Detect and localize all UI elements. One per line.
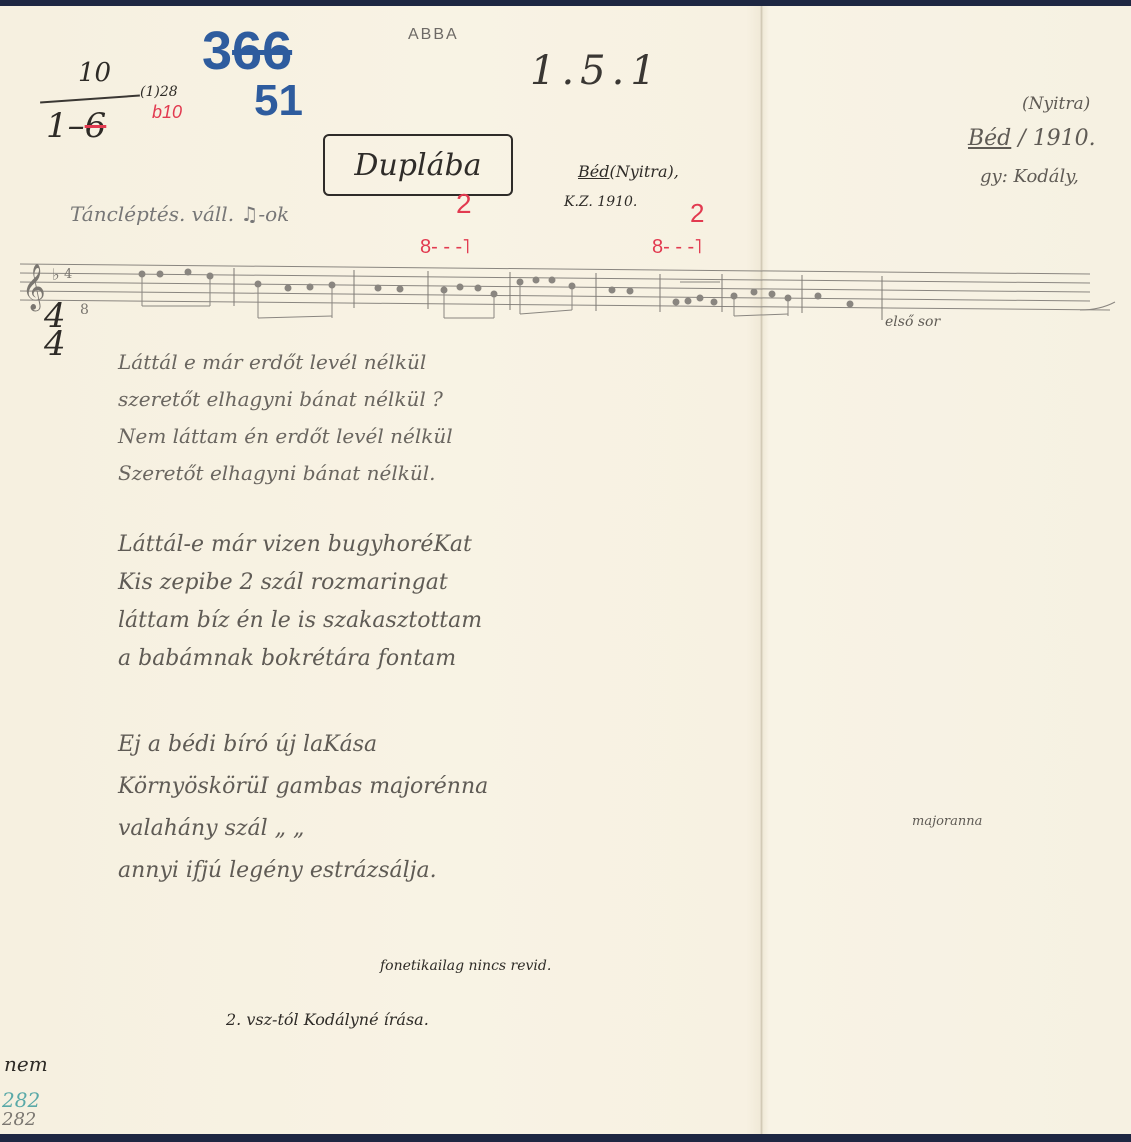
verse-line: Nem láttam én erdőt levél nélkül — [118, 418, 453, 455]
staff-caption: első sor — [885, 314, 940, 330]
archive-mark: ABBA — [408, 26, 459, 44]
blue-prefix: 3 — [202, 21, 232, 81]
flat-icon: ♭ — [52, 265, 60, 284]
red-mark-2: 2 — [690, 198, 704, 229]
verse-line: Láttál-e már vizen bugyhoréKat — [118, 526, 482, 564]
location-center: Béd(Nyitra), — [578, 162, 679, 181]
verse-line: a babámnak bokrétára fontam — [118, 640, 482, 678]
verse-line: Ej a bédi bíró új laKása — [118, 724, 488, 766]
blue-struck: 66 — [232, 21, 292, 81]
red-mark-1: 2 — [456, 188, 472, 220]
nem-mark: nem — [4, 1052, 48, 1076]
number-gray: 282 — [2, 1109, 36, 1130]
phonetic-note: fonetikailag nincs revid. — [380, 958, 551, 974]
year-right: 1910. — [1033, 126, 1096, 151]
verse-line: Láttál e már erdőt levél nélkül — [118, 344, 453, 381]
verse-line: Kis zepibe 2 szál rozmaringat — [118, 564, 482, 602]
dance-step-note: Táncléptés. váll. ♫-ok — [70, 202, 289, 226]
denominator-struck: 6 — [85, 106, 107, 146]
red-reference: b10 — [152, 102, 182, 123]
region-right: (Nyitra) — [1022, 94, 1090, 114]
region-name: (Nyitra), — [609, 162, 678, 181]
fraction-divider — [40, 95, 140, 104]
svg-text:8: 8 — [80, 302, 89, 318]
svg-text:4: 4 — [64, 267, 72, 282]
treble-clef-icon: 𝄞 — [22, 264, 46, 312]
location-right: Béd / 1910. — [968, 126, 1096, 151]
manuscript-page: ABBA 10 (1)28 1–6 b10 366 51 1.5.1 Duplá… — [0, 6, 1131, 1134]
verse-3: Ej a bédi bíró új laKása KörnyöskörüI ga… — [118, 724, 488, 892]
blue-number-old: 366 — [202, 20, 292, 82]
collector-right: gy: Kodály, — [980, 166, 1079, 187]
catalog-number: 1.5.1 — [530, 48, 662, 94]
variant-annotation: majoranna — [912, 814, 982, 829]
music-staff: 𝄞 ♭ 4 8 — [20, 254, 1130, 334]
reference-numerator: 10 — [78, 58, 111, 88]
verse-line: láttam bíz én le is szakasztottam — [118, 602, 482, 640]
page-fold — [760, 6, 763, 1134]
song-title: Duplába — [323, 134, 513, 196]
reference-note: (1)28 — [140, 84, 178, 100]
place-right: Béd — [968, 126, 1011, 151]
blue-number-corrected: 51 — [254, 76, 303, 126]
place-name: Béd — [578, 162, 609, 181]
handwriting-note: 2. vsz-tól Kodályné írása. — [226, 1010, 429, 1029]
verse-1: Láttál e már erdőt levél nélkül szeretőt… — [118, 344, 453, 492]
denominator-text: 1– — [46, 106, 85, 146]
verse-line: Szeretőt elhagyni bánat nélkül. — [118, 455, 453, 492]
verse-2: Láttál-e már vizen bugyhoréKat Kis zepib… — [118, 526, 482, 678]
verse-line: szeretőt elhagyni bánat nélkül ? — [118, 381, 453, 418]
reference-denominator: 1–6 — [46, 106, 106, 146]
verse-line: KörnyöskörüI gambas majorénna — [118, 766, 488, 808]
verse-line: annyi ifjú legény estrázsálja. — [118, 850, 488, 892]
collector-date: K.Z. 1910. — [564, 194, 637, 210]
time-sig-bottom: 4 — [44, 324, 66, 364]
time-signature-left: 4 4 — [44, 302, 66, 358]
song-title-text: Duplába — [354, 148, 481, 183]
verse-line: valahány szál „ „ — [118, 808, 488, 850]
